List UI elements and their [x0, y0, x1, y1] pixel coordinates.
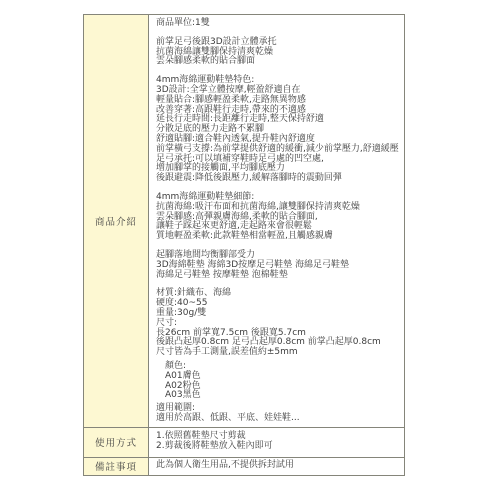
- row-content-intro: 商品單位:1雙 前掌足弓後跟3D設計立體承托 抗菌海綿讓雙腳保持清爽乾燥 雲朵腳…: [149, 15, 405, 428]
- page: 商品介紹 商品單位:1雙 前掌足弓後跟3D設計立體承托 抗菌海綿讓雙腳保持清爽乾…: [0, 0, 480, 480]
- intro-color-options-text: 顏色: A01膚色 A02粉色 A03黑色: [156, 362, 400, 401]
- usage-steps-text: 1.依照舊鞋墊尺寸剪裁 2.剪裁後將鞋墊放入鞋內即可: [156, 432, 400, 452]
- table-row-usage: 使用方式 1.依照舊鞋墊尺寸剪裁 2.剪裁後將鞋墊放入鞋內即可: [84, 427, 405, 457]
- intro-keywords-text: 起腳落地間均衡腳部受力 3D海綿鞋墊 海綿3D按摩足弓鞋墊 海綿足弓鞋墊 海綿足…: [156, 251, 400, 280]
- intro-specs-text: 材質:針織布、海綿 硬度:40~55 重量:30g/雙 尺寸: 長26cm 前掌…: [156, 289, 400, 358]
- intro-summary-text: 前掌足弓後跟3D設計立體承托 抗菌海綿讓雙腳保持清爽乾燥 雲朵腳感柔軟的貼合腳面: [156, 38, 400, 67]
- product-spec-table: 商品介紹 商品單位:1雙 前掌足弓後跟3D設計立體承托 抗菌海綿讓雙腳保持清爽乾…: [83, 14, 405, 476]
- table-row-notes: 備註事項 此為個人衛生用品,不提供拆封試用: [84, 457, 405, 475]
- row-label-notes: 備註事項: [84, 457, 149, 475]
- intro-details-text: 4mm海綿運動鞋墊細節: 抗菌海綿:吸汗布面和抗菌海綿,讓雙腳保持清爽乾燥 雲朵…: [156, 193, 400, 242]
- row-label-intro: 商品介紹: [84, 15, 149, 428]
- row-content-notes: 此為個人衛生用品,不提供拆封試用: [149, 457, 405, 475]
- intro-unit-text: 商品單位:1雙: [156, 19, 400, 29]
- row-content-usage: 1.依照舊鞋墊尺寸剪裁 2.剪裁後將鞋墊放入鞋內即可: [149, 427, 405, 457]
- intro-features-text: 4mm海綿運動鞋墊特色: 3D設計:全掌立體按摩,輕盈舒適自在 輕量貼合:腳感輕…: [156, 76, 400, 184]
- table-row-intro: 商品介紹 商品單位:1雙 前掌足弓後跟3D設計立體承托 抗菌海綿讓雙腳保持清爽乾…: [84, 15, 405, 428]
- row-label-usage: 使用方式: [84, 427, 149, 457]
- intro-scope-text: 適用範圍: 適用於高跟、低跟、平底、娃娃鞋...: [156, 404, 400, 424]
- notes-text: 此為個人衛生用品,不提供拆封試用: [156, 461, 400, 471]
